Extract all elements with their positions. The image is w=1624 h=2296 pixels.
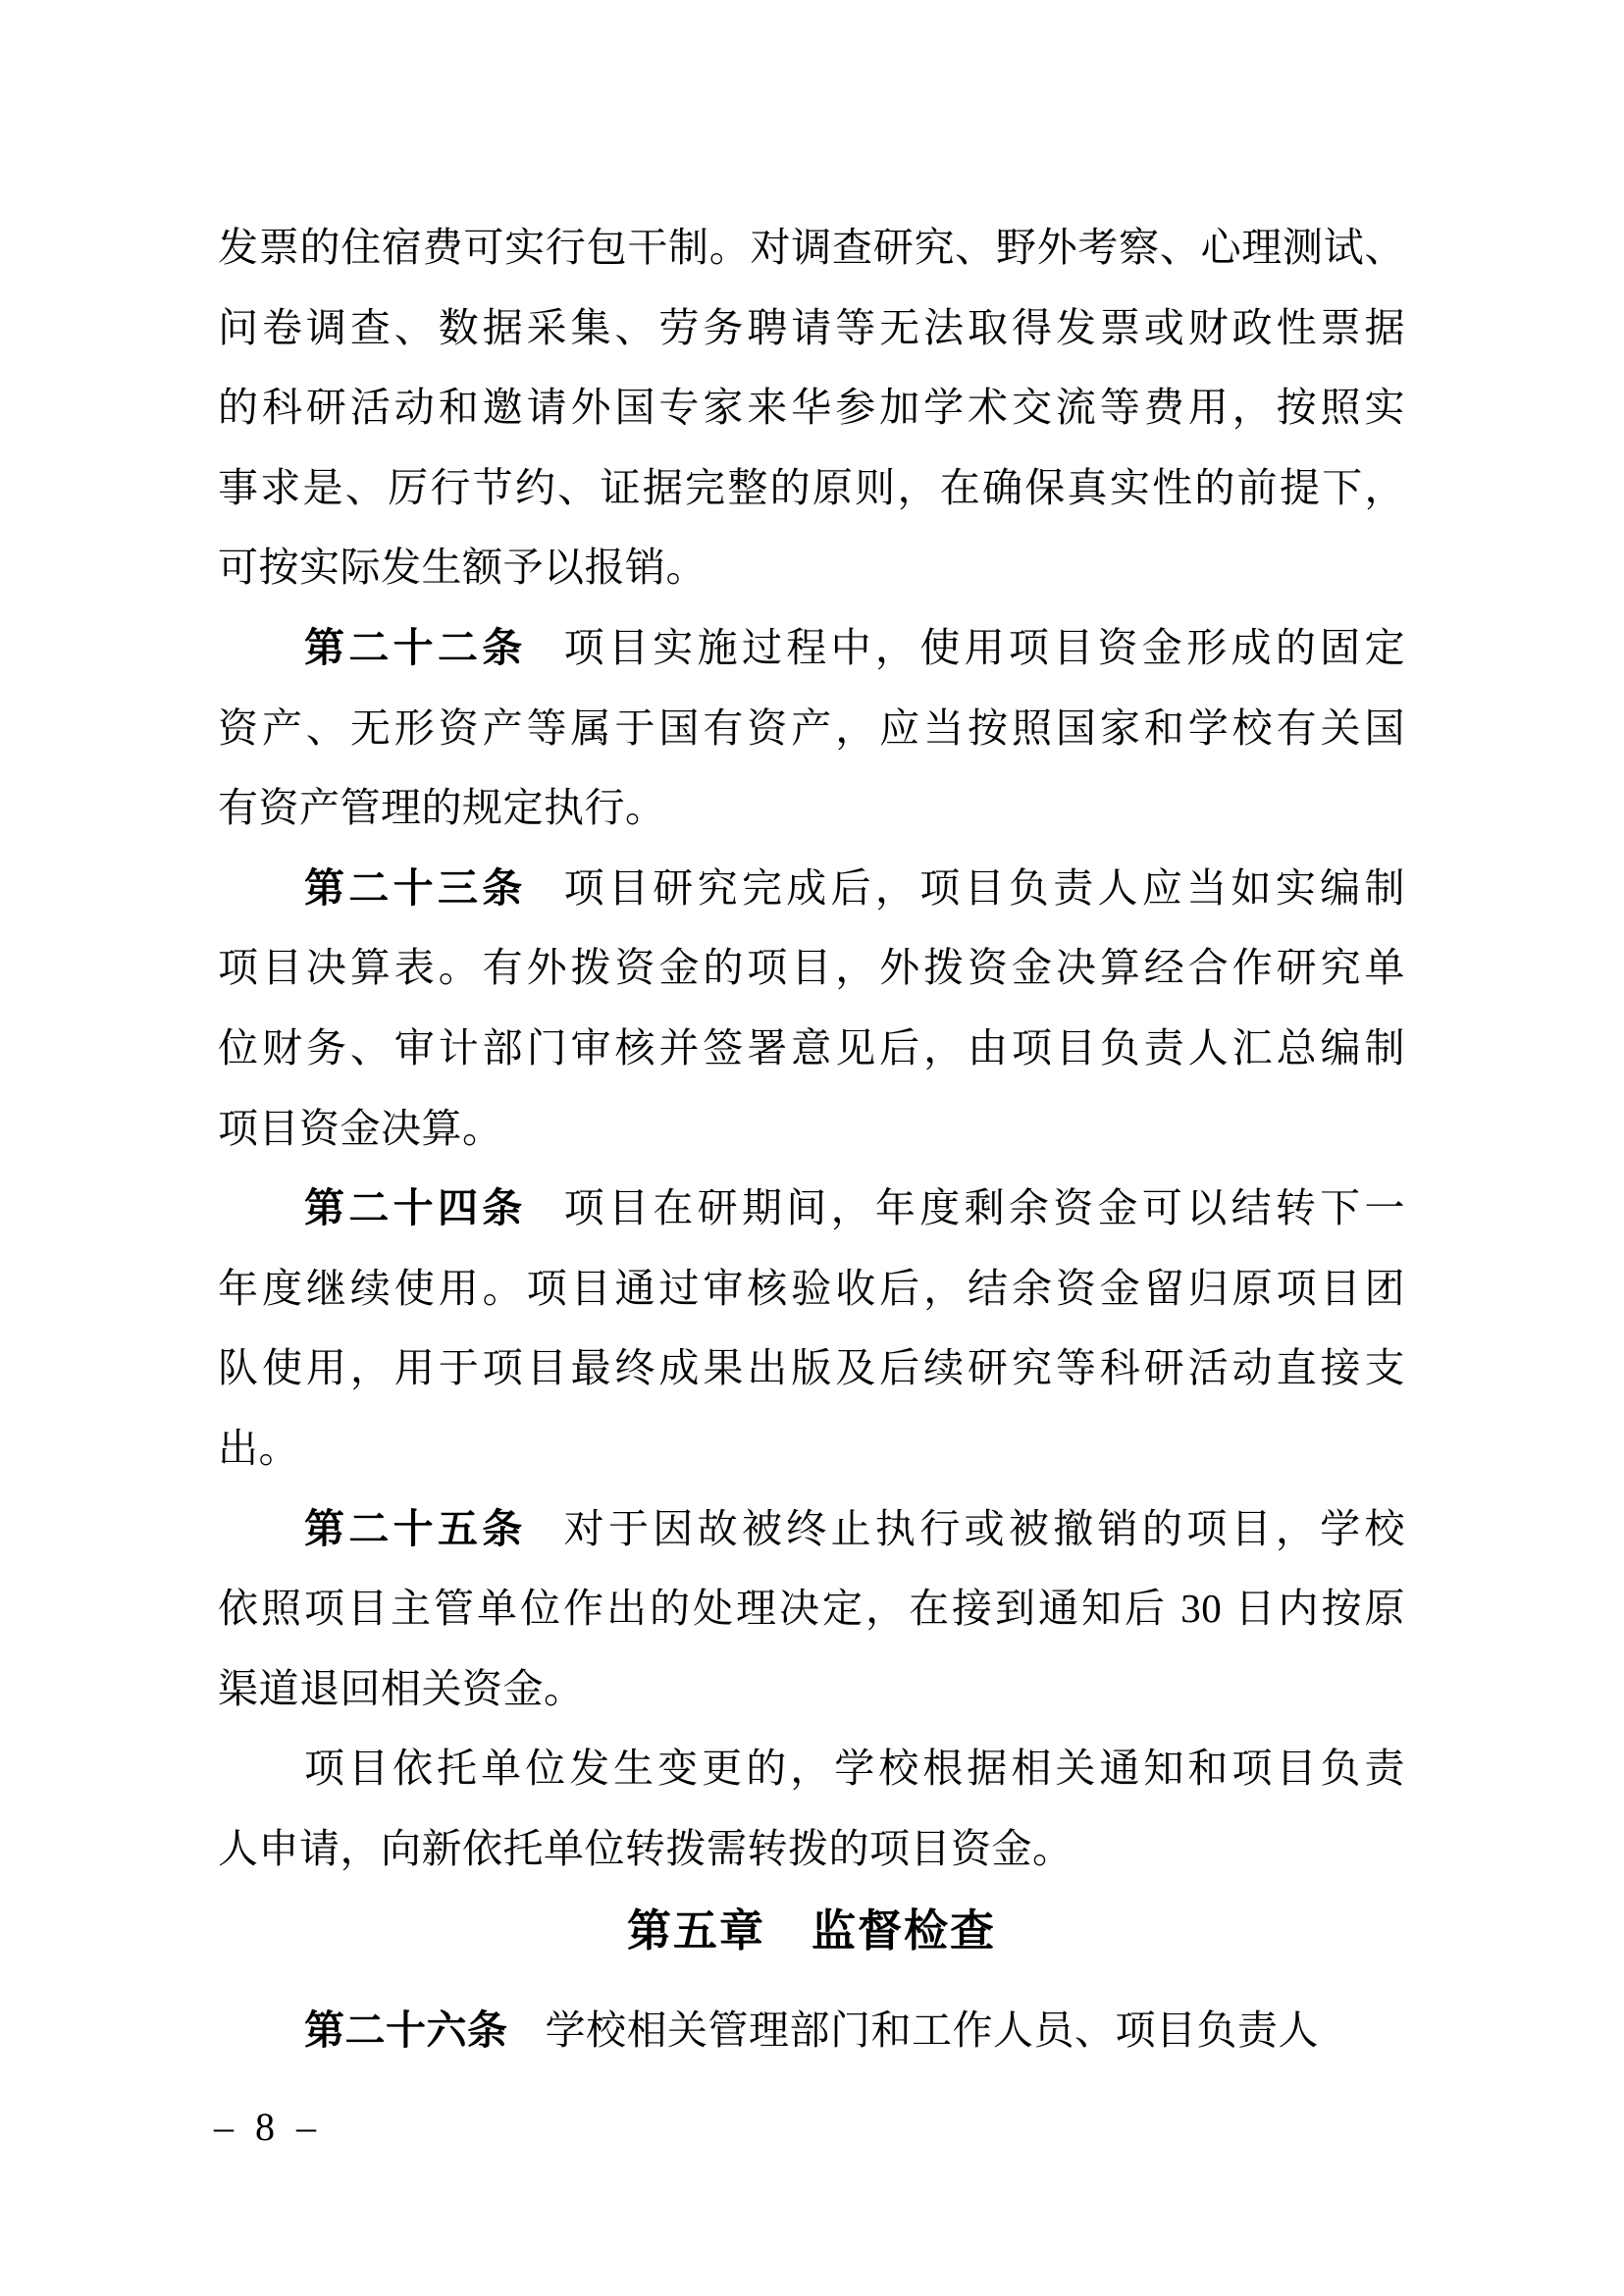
document-page: 发票的住宿费可实行包干制。对调查研究、野外考察、心理测试、 问卷调查、数据采集、… [0,0,1624,2296]
body-line: 第二十六条学校相关管理部门和工作人员、项目负责人 [218,1991,1405,2071]
body-line: 有资产管理的规定执行。 [218,768,1405,849]
body-line: 项目依托单位发生变更的，学校根据相关通知和项目负责 [218,1729,1405,1809]
body-line: 项目资金决算。 [218,1089,1405,1170]
body-line: 项目决算表。有外拨资金的项目，外拨资金决算经合作研究单 [218,928,1405,1009]
line-text: 项目在研期间，年度剩余资金可以结转下一 [564,1185,1405,1230]
line-text: 对于因故被终止执行或被撤销的项目，学校 [564,1506,1405,1551]
chapter-heading-text: 第五章 监督检查 [627,1905,996,1956]
body-line: 队使用，用于项目最终成果出版及后续研究等科研活动直接支 [218,1329,1405,1409]
article-number-label: 第二十六条 [304,2008,508,2053]
article-number-label: 第二十四条 [304,1185,527,1230]
body-line: 人申请，向新依托单位转拨需转拨的项目资金。 [218,1809,1405,1890]
body-line: 年度继续使用。项目通过审核验收后，结余资金留归原项目团 [218,1249,1405,1330]
line-text: 发票的住宿费可实行包干制。对调查研究、野外考察、心理测试、 [218,225,1405,270]
body-line: 第二十三条项目研究完成后，项目负责人应当如实编制 [218,849,1405,929]
line-text: 资产、无形资产等属于国有资产，应当按照国家和学校有关国 [218,705,1405,751]
page-number: – 8 – [214,2106,322,2149]
body-line: 第二十四条项目在研期间，年度剩余资金可以结转下一 [218,1169,1405,1249]
line-text: 位财务、审计部门审核并签署意见后，由项目负责人汇总编制 [218,1025,1405,1070]
body-line: 第二十五条对于因故被终止执行或被撤销的项目，学校 [218,1489,1405,1570]
body-line: 可按实际发生额予以报销。 [218,528,1405,608]
line-text: 有资产管理的规定执行。 [218,785,666,830]
article-number-label: 第二十五条 [304,1506,527,1551]
line-text: 问卷调查、数据采集、劳务聘请等无法取得发票或财政性票据 [218,305,1405,350]
line-text: 的科研活动和邀请外国专家来华参加学术交流等费用，按照实 [218,385,1405,430]
body-line: 出。 [218,1409,1405,1489]
body-line: 第二十二条项目实施过程中，使用项目资金形成的固定 [218,608,1405,689]
article-number-label: 第二十二条 [304,625,527,670]
body-line: 发票的住宿费可实行包干制。对调查研究、野外考察、心理测试、 [218,208,1405,288]
line-text: 学校相关管理部门和工作人员、项目负责人 [546,2008,1320,2053]
article-number-label: 第二十三条 [304,865,527,911]
line-text: 事求是、厉行节约、证据完整的原则，在确保真实性的前提下， [218,465,1405,510]
chapter-heading: 第五章 监督检查 [218,1891,1405,1971]
line-text: 出。 [218,1426,299,1471]
body-line: 事求是、厉行节约、证据完整的原则，在确保真实性的前提下， [218,448,1405,529]
text-block: 发票的住宿费可实行包干制。对调查研究、野外考察、心理测试、 问卷调查、数据采集、… [218,208,1405,2071]
body-line: 渠道退回相关资金。 [218,1649,1405,1730]
line-text: 可按实际发生额予以报销。 [218,545,707,590]
body-line: 依照项目主管单位作出的处理决定，在接到通知后 30 日内按原 [218,1569,1405,1649]
line-text: 项目资金决算。 [218,1106,503,1151]
line-text: 项目决算表。有外拨资金的项目，外拨资金决算经合作研究单 [218,945,1405,990]
line-text: 人申请，向新依托单位转拨需转拨的项目资金。 [218,1826,1074,1871]
body-line: 的科研活动和邀请外国专家来华参加学术交流等费用，按照实 [218,368,1405,448]
line-text: 年度继续使用。项目通过审核验收后，结余资金留归原项目团 [218,1266,1405,1311]
line-text: 依照项目主管单位作出的处理决定，在接到通知后 30 日内按原 [218,1586,1405,1631]
body-line: 位财务、审计部门审核并签署意见后，由项目负责人汇总编制 [218,1009,1405,1089]
line-text: 项目依托单位发生变更的，学校根据相关通知和项目负责 [304,1746,1405,1791]
line-text: 项目研究完成后，项目负责人应当如实编制 [564,865,1405,911]
line-text: 项目实施过程中，使用项目资金形成的固定 [564,625,1405,670]
body-line: 资产、无形资产等属于国有资产，应当按照国家和学校有关国 [218,689,1405,769]
line-text: 队使用，用于项目最终成果出版及后续研究等科研活动直接支 [218,1345,1405,1390]
line-text: 渠道退回相关资金。 [218,1666,585,1711]
body-line: 问卷调查、数据采集、劳务聘请等无法取得发票或财政性票据 [218,288,1405,369]
